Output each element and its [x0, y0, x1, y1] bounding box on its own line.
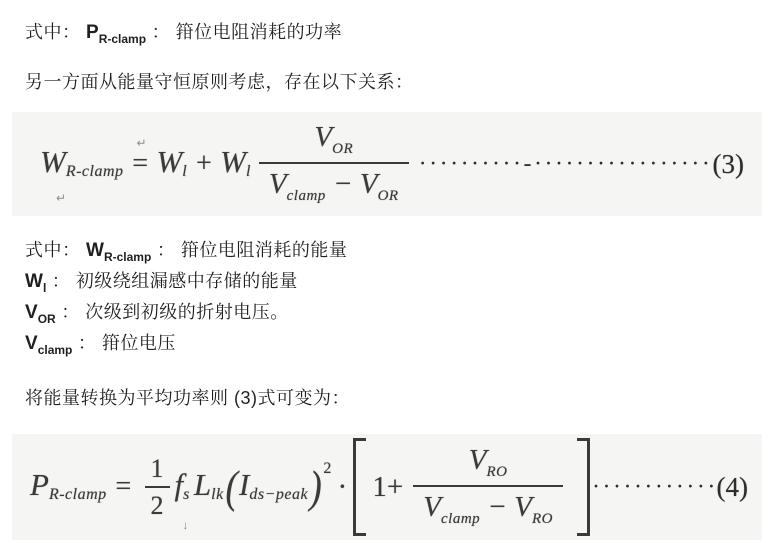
equation-3: WR-clamp ↵ ↵ = Wl + Wl VOR Vclamp − VOR …: [12, 112, 762, 216]
def-symbol: VOR: [25, 302, 56, 323]
multiplication-dot: ·: [337, 470, 347, 504]
equation-4: PR-clamp = 1 2 fs ↓ Llk ( Ids−peak ) 2 ·…: [12, 434, 762, 540]
eq3-term2: Wl: [220, 146, 251, 181]
definition-line: Wl ： 初级绕组漏感中存储的能量: [25, 267, 347, 298]
symbol-subscript: R-clamp: [99, 32, 146, 46]
minus-sign: −: [487, 491, 507, 523]
def-description: 箝位电阻消耗的能量: [181, 240, 348, 260]
numerator-base: V: [469, 444, 487, 476]
symbol-definitions: 式中： WR-clamp ： 箝位电阻消耗的能量 Wl ： 初级绕组漏感中存储的…: [25, 236, 347, 360]
power-conversion-intro: 将能量转换为平均功率则 (3)式可变为：: [25, 384, 350, 410]
eq4-bracket-group: 1+ VRO Vclamp − VRO: [353, 438, 590, 536]
eq4-leakage-inductance: Llk: [194, 469, 224, 504]
equals-sign: =: [114, 471, 133, 503]
numerator-subscript: OR: [332, 141, 353, 157]
dotted-leader: ··········-·····························…: [419, 151, 711, 178]
equation-3-number: (3): [713, 149, 744, 180]
def-prefix: 式中：: [25, 240, 81, 260]
def-symbol: Wl: [25, 271, 46, 292]
half-numerator: 1: [147, 456, 168, 486]
llk-subscript: lk: [211, 487, 224, 504]
denominator-base-2: V: [360, 168, 378, 200]
definition-line: VOR ： 次级到初级的折射电压。: [25, 298, 347, 329]
eq3-fraction: VOR Vclamp − VOR: [259, 123, 409, 206]
denominator-base-2: V: [514, 491, 532, 523]
symbol-subscript: OR: [38, 312, 56, 326]
def-colon: ：: [61, 302, 80, 322]
eq4-peak-current: Ids−peak: [239, 469, 308, 504]
denominator-base-1: V: [269, 168, 287, 200]
numerator-base: V: [314, 121, 332, 153]
denominator-base-1: V: [423, 491, 441, 523]
eq4-fraction: VRO Vclamp − VRO: [413, 446, 563, 529]
ids-base: I: [239, 467, 249, 502]
eq3-term2-subscript: l: [246, 164, 251, 181]
def-colon: ：: [157, 240, 176, 260]
ids-subscript: ds−peak: [249, 487, 308, 504]
def-description: 初级绕组漏感中存储的能量: [76, 271, 298, 291]
eq4-fraction-denominator: Vclamp − VRO: [413, 485, 563, 529]
eq3-term1: Wl: [156, 146, 187, 181]
eq3-fraction-denominator: Vclamp − VOR: [259, 162, 409, 206]
symbol-subscript: l: [43, 281, 46, 295]
down-arrow-artifact: ↓: [183, 518, 189, 533]
eq3-term2-base: W: [220, 144, 246, 179]
symbol-base: W: [86, 240, 104, 261]
paragraph-text: 另一方面从能量守恒原则考虑，存在以下关系：: [25, 72, 414, 92]
def-colon: ：: [52, 271, 71, 291]
eq3-equals: ↵ =: [131, 148, 150, 180]
p-clamp-definition-line: 式中： PR-clamp ： 箝位电阻消耗的功率: [25, 18, 342, 46]
def-description: 箝位电阻消耗的功率: [176, 22, 343, 42]
p-clamp-symbol: PR-clamp: [86, 22, 146, 43]
paragraph-text: 将能量转换为平均功率则 (3)式可变为：: [25, 388, 350, 408]
def-colon: ：: [152, 22, 171, 42]
equation-4-number: (4): [717, 472, 748, 503]
right-square-bracket: [577, 438, 590, 536]
open-parenthesis: (: [225, 469, 237, 506]
def-colon: ：: [78, 333, 97, 353]
dotted-leader: ········································: [592, 474, 715, 501]
eq4-switching-frequency: fs ↓: [175, 469, 190, 504]
llk-base: L: [194, 467, 211, 502]
energy-conservation-intro: 另一方面从能量守恒原则考虑，存在以下关系：: [25, 68, 414, 94]
one-plus-term: 1+: [372, 471, 403, 504]
symbol-base: P: [86, 22, 99, 43]
eq3-lhs-base: W: [40, 144, 66, 179]
eq4-lhs: PR-clamp: [30, 469, 107, 504]
plus-sign: +: [194, 148, 213, 180]
definition-line: 式中： WR-clamp ： 箝位电阻消耗的能量: [25, 236, 347, 267]
eq4-fraction-numerator: VRO: [461, 446, 516, 485]
minus-sign: −: [333, 168, 353, 200]
denominator-subscript-1: clamp: [441, 510, 480, 526]
return-mark-artifact: ↵: [56, 191, 66, 206]
symbol-base: V: [25, 302, 38, 323]
def-symbol: Vclamp: [25, 333, 72, 354]
eq3-lhs-subscript: R-clamp: [66, 164, 124, 181]
symbol-base: W: [25, 271, 43, 292]
numerator-subscript: RO: [486, 464, 507, 480]
equals-sign: =: [131, 148, 150, 179]
left-square-bracket: [353, 438, 366, 536]
fs-base: f: [175, 467, 184, 502]
eq3-term1-subscript: l: [182, 164, 187, 181]
def-description: 箝位电压: [102, 333, 176, 353]
one-half-fraction: 1 2: [145, 456, 170, 519]
symbol-subscript: clamp: [38, 343, 73, 357]
def-symbol: WR-clamp: [86, 240, 151, 261]
def-description: 次级到初级的折射电压。: [85, 302, 289, 322]
denominator-subscript-1: clamp: [287, 187, 326, 203]
symbol-base: V: [25, 333, 38, 354]
definition-line: Vclamp ： 箝位电压: [25, 329, 347, 360]
eq3-term1-base: W: [156, 144, 182, 179]
eq3-lhs: WR-clamp ↵: [40, 146, 124, 181]
denominator-subscript-2: OR: [378, 187, 399, 203]
return-mark-artifact: ↵: [137, 136, 147, 151]
squared-exponent: 2: [323, 460, 331, 478]
eq4-lhs-subscript: R-clamp: [49, 487, 107, 504]
eq3-fraction-numerator: VOR: [306, 123, 361, 162]
close-parenthesis: ): [310, 469, 322, 506]
document-page: 式中： PR-clamp ： 箝位电阻消耗的功率 另一方面从能量守恒原则考虑，存…: [0, 0, 774, 543]
symbol-subscript: R-clamp: [104, 250, 151, 264]
denominator-subscript-2: RO: [532, 510, 553, 526]
eq4-lhs-base: P: [30, 467, 49, 502]
def-prefix: 式中：: [25, 22, 81, 42]
half-denominator: 2: [145, 486, 170, 519]
fs-subscript: s: [183, 487, 190, 504]
